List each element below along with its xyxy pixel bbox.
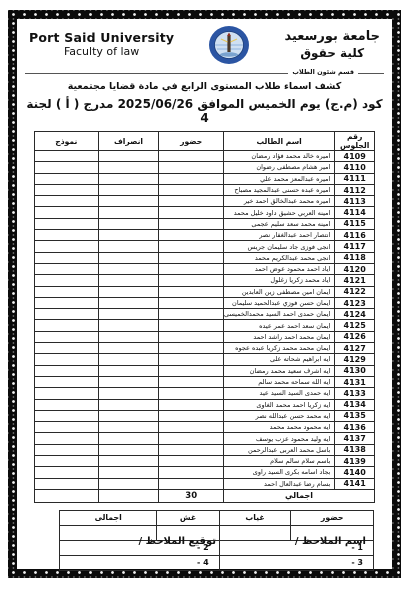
- student-name: ايمان امين مصطفى زين العابدين: [223, 286, 334, 297]
- form-cell: [35, 456, 99, 467]
- student-row: 4115 امينه محمد سعد سليم عجمى: [35, 218, 375, 229]
- attendance-cell: [159, 151, 224, 162]
- form-cell: [35, 399, 99, 410]
- attendance-cell: [159, 320, 224, 331]
- seat-number: 4123: [335, 297, 375, 308]
- student-row: 4114 امينه العربي حشيق داود خليل محمد: [35, 207, 375, 218]
- student-row: 4111 اميره عبدالمعز محمد علي: [35, 173, 375, 184]
- student-name: اياد احمد محمود عوض احمد: [223, 263, 334, 274]
- seat-number: 4135: [335, 410, 375, 421]
- departure-cell: [98, 162, 159, 173]
- total-form-cell: [35, 489, 99, 502]
- student-row: 4135 ايه محمد حسن عبدالله نصر: [35, 410, 375, 421]
- sheet-body: Port Said University Faculty of law: [17, 19, 392, 569]
- departure-cell: [98, 196, 159, 207]
- student-name: ايه محمد حسن عبدالله نصر: [223, 410, 334, 421]
- student-row: 4131 ايه الله سماحه محمد سالم: [35, 376, 375, 387]
- seat-number: 4115: [335, 218, 375, 229]
- arabic-title-block: جامعة بورسعيد كلية حقوق: [284, 29, 380, 60]
- student-name: امينه العربي حشيق داود خليل محمد: [223, 207, 334, 218]
- departure-cell: [98, 399, 159, 410]
- student-name: امينه محمد سعد سليم عجمى: [223, 218, 334, 229]
- seat-number: 4118: [335, 252, 375, 263]
- attendance-cell: [159, 331, 224, 342]
- departure-cell: [98, 354, 159, 365]
- departure-cell: [98, 433, 159, 444]
- departure-cell: [98, 320, 159, 331]
- seat-number: 4126: [335, 331, 375, 342]
- student-name: اميره خالد محمد فؤاد رمضان: [223, 151, 334, 162]
- student-row: 4136 ايه محمود محمد محمد: [35, 422, 375, 433]
- form-cell: [35, 286, 99, 297]
- col-form: نموذج: [35, 132, 99, 151]
- student-name: ايه وليد محمود عزب يوسف: [223, 433, 334, 444]
- student-row: 4123 ايمان حسن فوزي عبدالحميد سليمان: [35, 297, 375, 308]
- departure-cell: [98, 297, 159, 308]
- summary-col-total: اجمالى: [60, 510, 157, 525]
- departure-cell: [98, 241, 159, 252]
- form-cell: [35, 354, 99, 365]
- col-student-name: اسم الطالب: [223, 132, 334, 151]
- form-cell: [35, 309, 99, 320]
- form-cell: [35, 343, 99, 354]
- departure-cell: [98, 184, 159, 195]
- departure-cell: [98, 422, 159, 433]
- student-row: 4109 اميره خالد محمد فؤاد رمضان: [35, 151, 375, 162]
- seat-number: 4138: [335, 444, 375, 455]
- seat-number: 4133: [335, 388, 375, 399]
- divider-line: [25, 73, 288, 74]
- form-cell: [35, 241, 99, 252]
- seat-number: 4140: [335, 467, 375, 478]
- summary-col-absent: غياب: [219, 510, 291, 525]
- attendance-table: رقم الجلوس اسم الطالب حضور انصراف نموذج …: [34, 131, 375, 503]
- seat-number: 4130: [335, 365, 375, 376]
- seat-number: 4127: [335, 343, 375, 354]
- form-cell: [35, 218, 99, 229]
- note-line-3: - 3: [219, 555, 373, 570]
- form-cell: [35, 184, 99, 195]
- department-divider: قسم شئون الطلاب: [25, 69, 384, 77]
- total-departure-cell: [98, 489, 159, 502]
- attendance-cell: [159, 218, 224, 229]
- attendance-cell: [159, 343, 224, 354]
- english-title-block: Port Said University Faculty of law: [29, 31, 174, 58]
- student-row: 4140 بجاد اسامه بكرى السيد راوى: [35, 467, 375, 478]
- student-name: انجى فوزى جاد سليمان جريس: [223, 241, 334, 252]
- form-cell: [35, 275, 99, 286]
- summary-col-present: حضور: [291, 510, 374, 525]
- student-row: 4110 امير هشام مصطفى رضوان: [35, 162, 375, 173]
- col-departure: انصراف: [98, 132, 159, 151]
- form-cell: [35, 252, 99, 263]
- student-name: بجاد اسامه بكرى السيد راوى: [223, 467, 334, 478]
- departure-cell: [98, 275, 159, 286]
- attendance-cell: [159, 184, 224, 195]
- student-name: اميره محمد عبدالخالق احمد خير: [223, 196, 334, 207]
- student-row: 4117 انجى فوزى جاد سليمان جريس: [35, 241, 375, 252]
- total-present-count: 30: [159, 489, 224, 502]
- departure-cell: [98, 309, 159, 320]
- student-name: امير هشام مصطفى رضوان: [223, 162, 334, 173]
- seat-number: 4109: [335, 151, 375, 162]
- seat-number: 4116: [335, 230, 375, 241]
- seat-number: 4122: [335, 286, 375, 297]
- seat-number: 4120: [335, 263, 375, 274]
- student-row: 4122 ايمان امين مصطفى زين العابدين: [35, 286, 375, 297]
- departure-cell: [98, 252, 159, 263]
- departure-cell: [98, 230, 159, 241]
- seat-number: 4117: [335, 241, 375, 252]
- attendance-table-header-row: رقم الجلوس اسم الطالب حضور انصراف نموذج: [35, 132, 375, 151]
- student-row: 4138 باسل محمد العربى عبدالرحمن: [35, 444, 375, 455]
- form-cell: [35, 388, 99, 399]
- departure-cell: [98, 410, 159, 421]
- attendance-cell: [159, 478, 224, 489]
- student-name: انجى محمد عبدالكريم محمد: [223, 252, 334, 263]
- student-row: 4112 اميره عبده حسنى عبدالمجيد مصباح: [35, 184, 375, 195]
- attendance-cell: [159, 388, 224, 399]
- seat-number: 4125: [335, 320, 375, 331]
- form-cell: [35, 467, 99, 478]
- seat-number: 4114: [335, 207, 375, 218]
- student-row: 4133 ايه حمدى السيد السيد عيد: [35, 388, 375, 399]
- university-name-ar: جامعة بورسعيد: [284, 29, 380, 45]
- student-name: اميره عبدالمعز محمد علي: [223, 173, 334, 184]
- note-line-4: - 4: [60, 555, 220, 570]
- seat-number: 4137: [335, 433, 375, 444]
- student-name: ايمان محمد محمد زكريا عبده عجوه: [223, 343, 334, 354]
- departure-cell: [98, 207, 159, 218]
- form-cell: [35, 376, 99, 387]
- departure-cell: [98, 467, 159, 478]
- department-label: قسم شئون الطلاب: [288, 68, 358, 76]
- student-name: ايه ابراهيم شحاته على: [223, 354, 334, 365]
- faculty-name-en: Faculty of law: [29, 46, 174, 59]
- attendance-cell: [159, 263, 224, 274]
- col-seat-number: رقم الجلوس: [335, 132, 375, 151]
- departure-cell: [98, 388, 159, 399]
- student-row: 4121 اياد محمد زكريا زغلول: [35, 275, 375, 286]
- seat-number: 4136: [335, 422, 375, 433]
- seat-number: 4110: [335, 162, 375, 173]
- form-cell: [35, 173, 99, 184]
- divider-line: [358, 73, 384, 74]
- attendance-cell: [159, 196, 224, 207]
- seat-number: 4111: [335, 173, 375, 184]
- seat-number: 4121: [335, 275, 375, 286]
- summary-absent-value: [219, 525, 291, 540]
- total-label: اجمالي: [223, 489, 374, 502]
- seat-number: 4139: [335, 456, 375, 467]
- summary-col-cheating: غش: [157, 510, 219, 525]
- student-name: اميره عبده حسنى عبدالمجيد مصباح: [223, 184, 334, 195]
- student-row: 4116 انتصار احمد عبدالغفار نصر: [35, 230, 375, 241]
- student-row: 4120 اياد احمد محمود عوض احمد: [35, 263, 375, 274]
- col-attendance: حضور: [159, 132, 224, 151]
- student-name: ايمان محمد احمد راشد احمد: [223, 331, 334, 342]
- sheet-title: كشف اسماء طلاب المستوى الرابع في مادة قض…: [23, 81, 386, 92]
- form-cell: [35, 320, 99, 331]
- university-name-en: Port Said University: [29, 31, 174, 45]
- departure-cell: [98, 365, 159, 376]
- student-name: ايه زكريا احمد محمد الغاوى: [223, 399, 334, 410]
- attendance-cell: [159, 410, 224, 421]
- departure-cell: [98, 456, 159, 467]
- student-row: 4125 ايمان سعد احمد عمر عيده: [35, 320, 375, 331]
- form-cell: [35, 207, 99, 218]
- student-row: 4129 ايه ابراهيم شحاته على: [35, 354, 375, 365]
- total-row: اجمالي 30: [35, 489, 375, 502]
- student-name: ايه حمدى السيد السيد عيد: [223, 388, 334, 399]
- attendance-cell: [159, 173, 224, 184]
- attendance-cell: [159, 444, 224, 455]
- student-row: 4113 اميره محمد عبدالخالق احمد خير: [35, 196, 375, 207]
- student-row: 4118 انجى محمد عبدالكريم محمد: [35, 252, 375, 263]
- seat-number: 4141: [335, 478, 375, 489]
- observer-name-label: اسم الملاحظ /: [295, 536, 366, 547]
- form-cell: [35, 433, 99, 444]
- attendance-cell: [159, 365, 224, 376]
- student-row: 4137 ايه وليد محمود عزب يوسف: [35, 433, 375, 444]
- departure-cell: [98, 331, 159, 342]
- attendance-cell: [159, 286, 224, 297]
- departure-cell: [98, 151, 159, 162]
- form-cell: [35, 196, 99, 207]
- student-name: ايه اشرف سعيد محمد رمضان: [223, 365, 334, 376]
- seat-number: 4124: [335, 309, 375, 320]
- student-name: ايه الله سماحه محمد سالم: [223, 376, 334, 387]
- departure-cell: [98, 376, 159, 387]
- observer-signature-label: توقيع الملاحظ /: [139, 536, 217, 547]
- attendance-cell: [159, 162, 224, 173]
- summary-header-row: حضور غياب غش اجمالى: [60, 510, 374, 525]
- student-row: 4130 ايه اشرف سعيد محمد رمضان: [35, 365, 375, 376]
- student-row: 4127 ايمان محمد محمد زكريا عبده عجوه: [35, 343, 375, 354]
- seat-number: 4113: [335, 196, 375, 207]
- seat-number: 4134: [335, 399, 375, 410]
- student-name: ايمان سعد احمد عمر عيده: [223, 320, 334, 331]
- student-row: 4126 ايمان محمد احمد راشد احمد: [35, 331, 375, 342]
- student-row: 4124 ايمان حمدى احمد السيد محمدالخميسى: [35, 309, 375, 320]
- student-name: اياد محمد زكريا زغلول: [223, 275, 334, 286]
- attendance-cell: [159, 297, 224, 308]
- summary-note-row-2: - 3 - 4: [60, 555, 374, 570]
- form-cell: [35, 297, 99, 308]
- form-cell: [35, 422, 99, 433]
- student-name: باسل محمد العربى عبدالرحمن: [223, 444, 334, 455]
- attendance-cell: [159, 354, 224, 365]
- attendance-cell: [159, 399, 224, 410]
- attendance-cell: [159, 422, 224, 433]
- departure-cell: [98, 263, 159, 274]
- student-name: ايمان حمدى احمد السيد محمدالخميسى: [223, 309, 334, 320]
- attendance-cell: [159, 433, 224, 444]
- attendance-cell: [159, 241, 224, 252]
- seat-number: 4129: [335, 354, 375, 365]
- form-cell: [35, 263, 99, 274]
- attendance-cell: [159, 467, 224, 478]
- form-cell: [35, 230, 99, 241]
- student-name: باسم سلام سالم سلام: [223, 456, 334, 467]
- attendance-cell: [159, 456, 224, 467]
- university-seal-icon: [208, 25, 250, 65]
- departure-cell: [98, 173, 159, 184]
- faculty-name-ar: كلية حقوق: [284, 46, 380, 61]
- attendance-cell: [159, 376, 224, 387]
- attendance-cell: [159, 230, 224, 241]
- header: Port Said University Faculty of law: [23, 23, 386, 65]
- departure-cell: [98, 478, 159, 489]
- student-name: انتصار احمد عبدالغفار نصر: [223, 230, 334, 241]
- attendance-cell: [159, 275, 224, 286]
- departure-cell: [98, 286, 159, 297]
- student-name: بسام رضا عبدالعال احمد: [223, 478, 334, 489]
- form-cell: [35, 151, 99, 162]
- student-row: 4141 بسام رضا عبدالعال احمد: [35, 478, 375, 489]
- ornamental-border: Port Said University Faculty of law: [8, 10, 401, 578]
- departure-cell: [98, 444, 159, 455]
- departure-cell: [98, 218, 159, 229]
- seat-number: 4131: [335, 376, 375, 387]
- attendance-cell: [159, 252, 224, 263]
- session-info-line: كود (م.ج) يوم الخميس الموافق 2025/06/26 …: [23, 97, 386, 125]
- student-name: ايه محمود محمد محمد: [223, 422, 334, 433]
- departure-cell: [98, 343, 159, 354]
- form-cell: [35, 478, 99, 489]
- attendance-cell: [159, 207, 224, 218]
- form-cell: [35, 331, 99, 342]
- form-cell: [35, 162, 99, 173]
- form-cell: [35, 410, 99, 421]
- student-name: ايمان حسن فوزي عبدالحميد سليمان: [223, 297, 334, 308]
- student-row: 4139 باسم سلام سالم سلام: [35, 456, 375, 467]
- seat-number: 4112: [335, 184, 375, 195]
- attendance-cell: [159, 309, 224, 320]
- student-row: 4134 ايه زكريا احمد محمد الغاوى: [35, 399, 375, 410]
- form-cell: [35, 365, 99, 376]
- form-cell: [35, 444, 99, 455]
